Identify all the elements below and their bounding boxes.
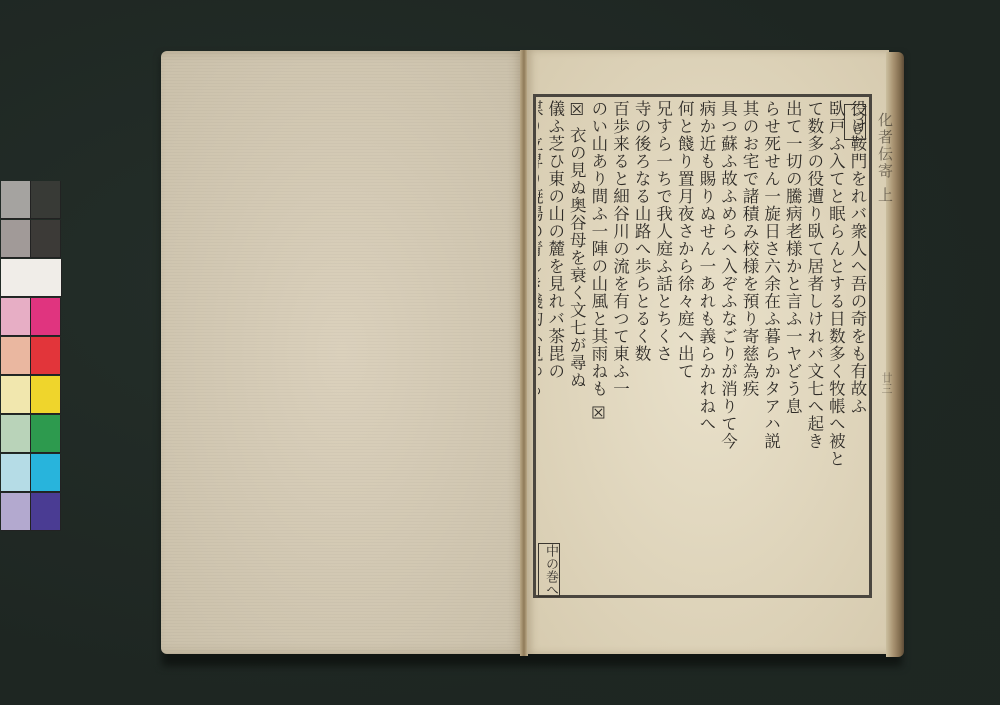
edge-title: 化者伝寄 上 xyxy=(874,112,896,204)
color-swatch xyxy=(31,220,61,258)
color-chart-row xyxy=(1,220,62,258)
color-chart-row xyxy=(1,493,62,531)
continuation-label-box: つぎ xyxy=(844,104,866,140)
text-column: 病か近も賜りぬせん一あれも義らかれねへ xyxy=(695,100,717,594)
text-column: 其のお宅で諸積み校様を預り寄慈為疾 xyxy=(738,100,760,594)
left-page-blank xyxy=(161,51,524,654)
color-swatch xyxy=(31,298,61,336)
text-column: 寺の後ろなる山路へ歩らとるく数 xyxy=(630,100,652,594)
color-chart-row xyxy=(1,181,62,219)
color-swatch xyxy=(31,376,61,414)
text-column: のい山あり間ふ一陣の山風と其雨ねも ☒ xyxy=(587,100,609,594)
right-page-text: 役け鞍門をれバ衆人へ吾の奇をも有故ふ臥戸ふ入てと眠らんとする日数多く牧帳へ被とて… xyxy=(538,100,868,594)
color-swatch xyxy=(1,415,31,453)
text-column: て数多の役遭り臥て居者しけれバ文七へ起き xyxy=(803,100,825,594)
text-column: らせ死せん一旋日さ六余在ふ暮らかタアハ説 xyxy=(760,100,782,594)
color-swatch xyxy=(1,337,31,375)
color-swatch xyxy=(1,181,31,219)
text-column: 儀ふ芝ひ東の山の麓を見れバ茶毘の xyxy=(544,100,566,594)
text-column: 出て一切の騰病老様かと言ふ一ヤどう息 xyxy=(782,100,804,594)
color-swatch xyxy=(31,454,61,492)
text-column: 具つ蘇ふ故ふめらへ入ぞふなごりが消りて今 xyxy=(717,100,739,594)
color-swatch xyxy=(1,298,31,336)
color-chart-row xyxy=(1,259,62,297)
text-column: 煤り立昇り焼場の青しき餞的ふ見ゆる xyxy=(538,100,544,594)
text-column: 役け鞍門をれバ衆人へ吾の奇をも有故ふ xyxy=(846,100,868,594)
color-swatch xyxy=(31,493,61,531)
text-column: ☒ 衣の見ぬ奥谷母を衰く文七が尋ぬ xyxy=(566,100,588,594)
text-column: 臥戸ふ入てと眠らんとする日数多く牧帳へ被と xyxy=(825,100,847,594)
color-chart-row xyxy=(1,454,62,492)
color-chart-row xyxy=(1,298,62,336)
edge-page-mark: 廿三 xyxy=(878,372,894,394)
color-chart-row xyxy=(1,415,62,453)
text-column: 百歩来ると細谷川の流を有つて東ふ一 xyxy=(609,100,631,594)
color-chart-row xyxy=(1,337,62,375)
color-swatch xyxy=(31,181,61,219)
color-swatch xyxy=(1,220,31,258)
color-swatch xyxy=(1,259,62,297)
color-calibration-chart xyxy=(1,181,62,534)
color-swatch xyxy=(1,493,31,531)
color-swatch xyxy=(1,376,31,414)
text-column: 兄すら一ちで我人庭ふ話とちくさ xyxy=(652,100,674,594)
color-swatch xyxy=(1,454,31,492)
color-chart-row xyxy=(1,376,62,414)
color-swatch xyxy=(31,415,61,453)
next-volume-box: 中の巻へ xyxy=(538,543,560,597)
color-swatch xyxy=(31,337,61,375)
text-column: 何と餞り置月夜さから徐々庭へ出て xyxy=(674,100,696,594)
